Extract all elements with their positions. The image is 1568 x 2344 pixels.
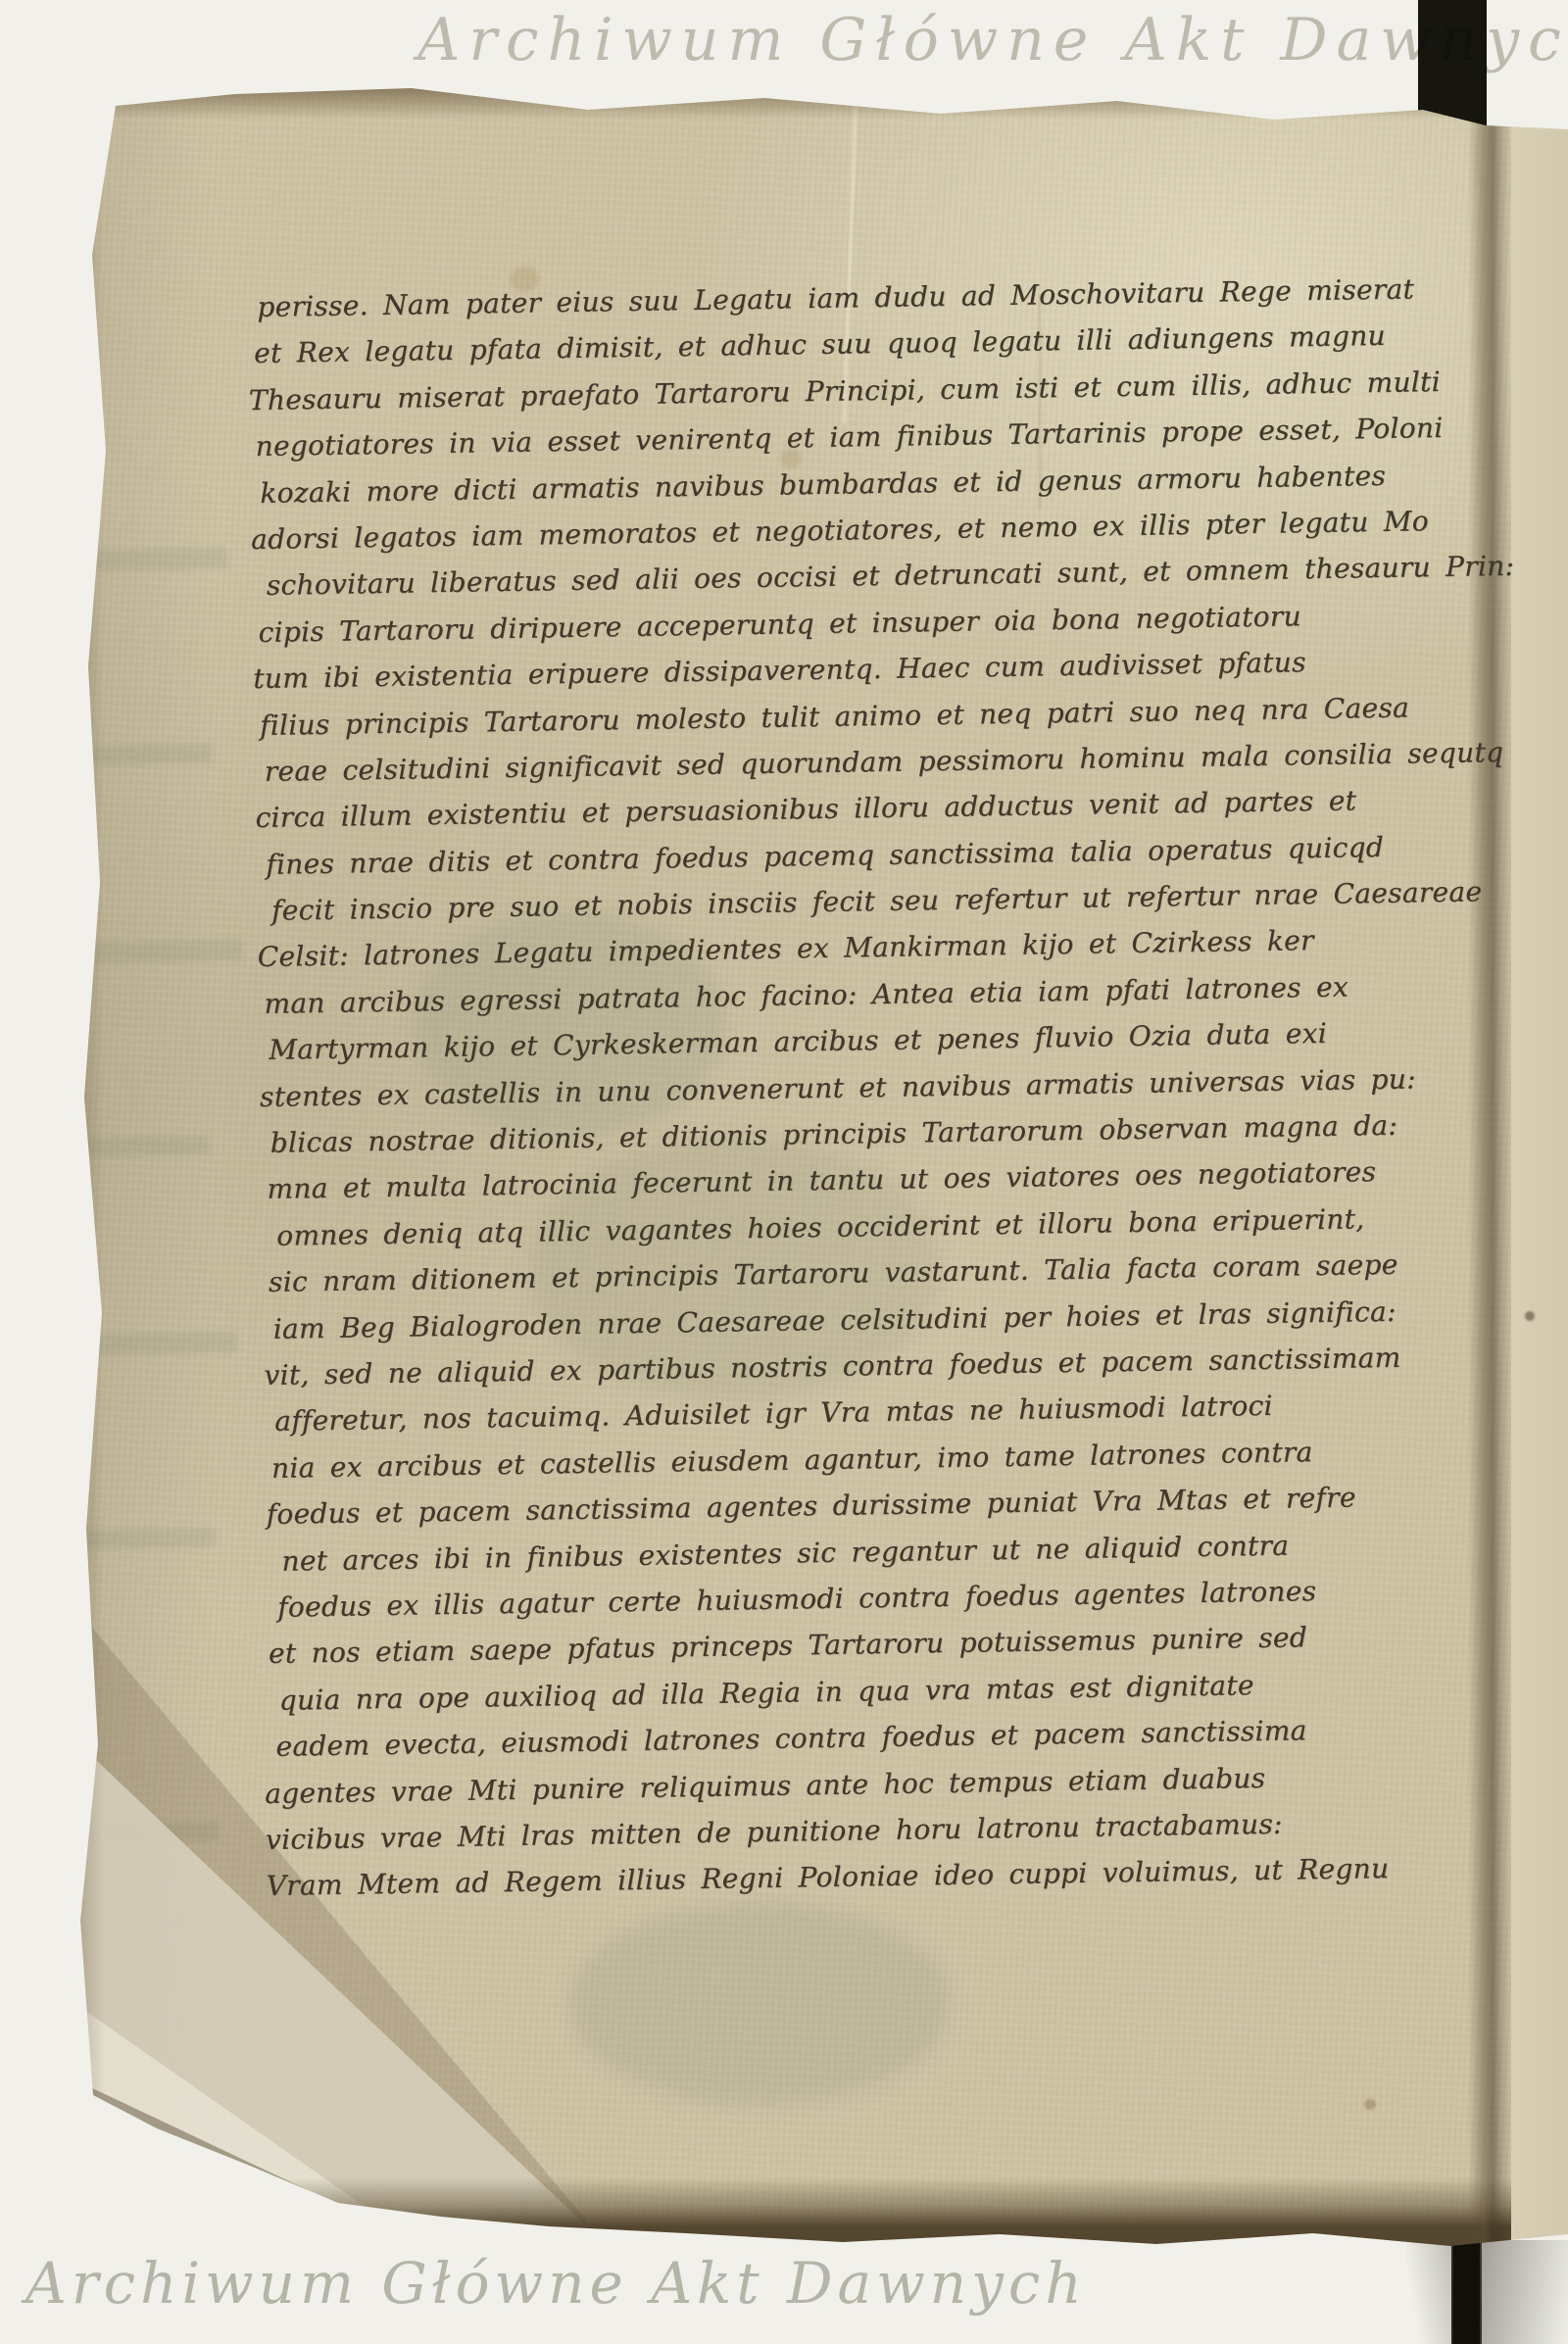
- show-through: [63, 1136, 210, 1158]
- archive-watermark-bottom: Archiwum Główne Akt Dawnych: [25, 2250, 1087, 2317]
- torn-edge-left: [59, 88, 104, 2146]
- torn-edge-top: [0, 86, 1568, 120]
- black-ribbon-bottom: [1451, 2240, 1482, 2344]
- show-through-blob: [568, 1901, 951, 2107]
- torn-edge-bottom: [0, 2177, 1568, 2248]
- archive-watermark-top: Archiwum Główne Akt Dawnych: [417, 6, 1568, 74]
- stain: [1364, 2099, 1376, 2110]
- show-through: [74, 1332, 236, 1356]
- manuscript-text-block: perisse. Nam pater eius suu Legatu iam d…: [253, 265, 1503, 1909]
- show-through: [65, 744, 212, 766]
- ribbon-shadow-left: [1406, 2240, 1453, 2344]
- adjacent-page-edge: [1511, 0, 1568, 2344]
- stain: [1525, 1311, 1535, 1321]
- archive-scan-page: perisse. Nam pater eius suu Legatu iam d…: [0, 0, 1568, 2344]
- manuscript-sheet: perisse. Nam pater eius suu Legatu iam d…: [0, 0, 1568, 2344]
- show-through: [71, 548, 227, 572]
- ribbon-shadow: [1480, 2240, 1568, 2344]
